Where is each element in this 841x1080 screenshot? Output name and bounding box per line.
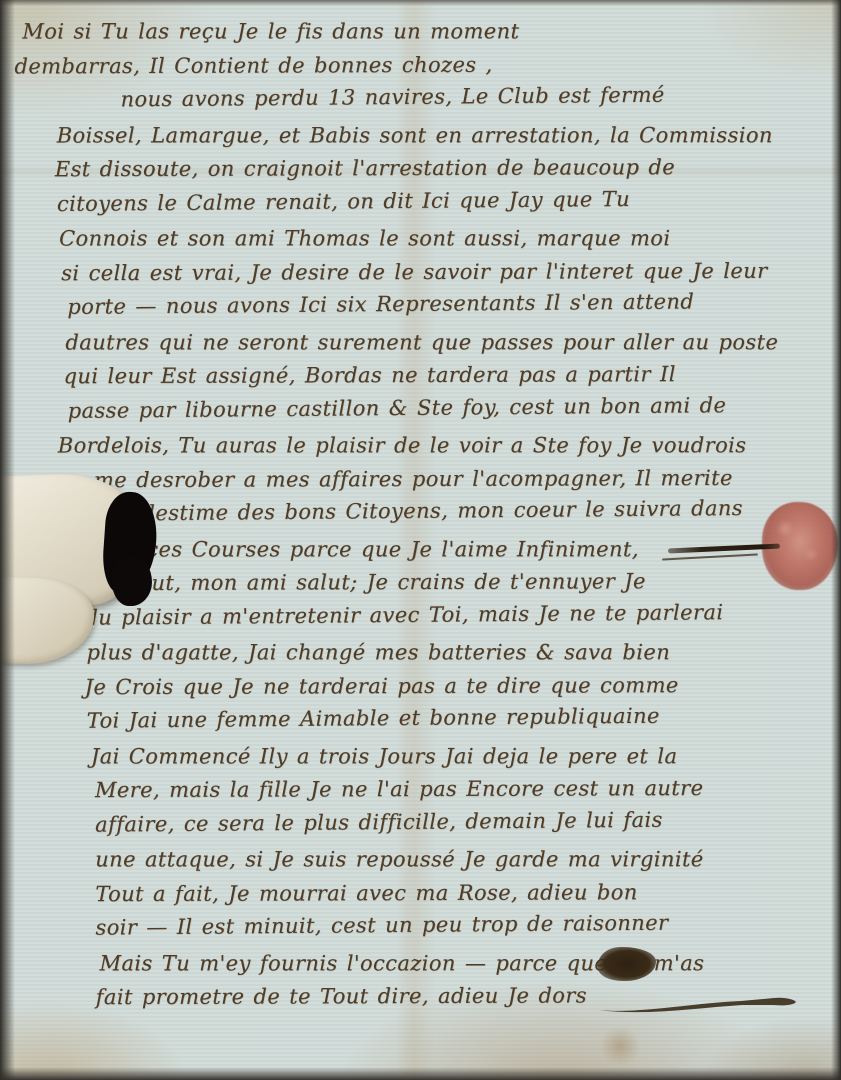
manuscript-line: Moi si Tu las reçu Je le fis dans un mom… [0,14,839,49]
manuscript-line: affaire, ce sera le plus difficille, dem… [1,801,841,843]
manuscript-line: Connois et son ami Thomas le sont aussi,… [0,221,840,256]
manuscript-line: plus d'agatte, Jai changé mes batteries … [1,635,841,670]
manuscript-line: nous avons perdu 13 navires, Le Club est… [0,76,840,118]
manuscript-line: Mais Tu m'ey fournis l'occazion — parce … [2,946,841,981]
manuscript-line: Boissel, Lamargue, et Babis sont en arre… [0,118,840,153]
torn-hole-lower [112,556,152,606]
manuscript-line: porte — nous avons Ici six Representants… [0,283,840,325]
manuscript-line: une attaque, si Je suis repoussé Je gard… [1,842,841,877]
manuscript-line: citoyens le Calme renait, on dit Ici que… [0,180,840,222]
manuscript-line: passe par libourne castillon & Ste foy, … [0,387,841,429]
manuscript-line: soir — Il est minuit, cest un peu trop d… [1,904,841,946]
manuscript-line: Toi Jai une femme Aimable et bonne repub… [1,697,841,739]
manuscript-line: dautres qui ne seront surement que passe… [0,325,840,360]
manuscript-line: Jai Commencé Ily a trois Jours Jai deja … [1,739,841,774]
manuscript-page: Moi si Tu las reçu Je le fis dans un mom… [0,0,841,1080]
end-flourish-stroke [596,990,806,1016]
manuscript-line: Bordelois, Tu auras le plaisir de le voi… [0,428,841,463]
